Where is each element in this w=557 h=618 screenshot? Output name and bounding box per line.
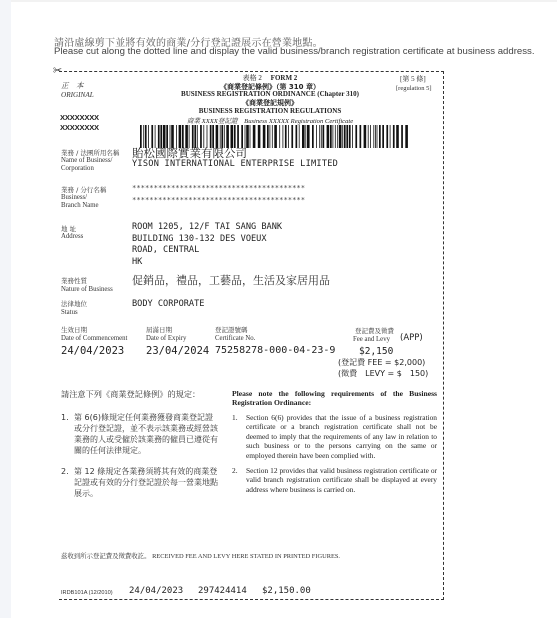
requirements-title-zh: 請注意下列《商業登記條例》的規定： (61, 389, 200, 400)
original-label-zh: 正 本 (61, 80, 84, 91)
branch-label-en: Business/ Branch Name (61, 194, 103, 210)
commencement-date: 24/04/2023 (61, 345, 124, 357)
form-number-zh: 表格 2 (243, 74, 262, 82)
certificate-type: 商業 XXXX登記證 Business XXXXX Registration C… (150, 115, 390, 125)
fee-total: $2,150 (359, 346, 393, 357)
branch-name-line-1: **************************************** (132, 183, 305, 192)
regulations-title-en: BUSINESS REGISTRATION REGULATIONS (150, 107, 390, 115)
status-label-zh: 法律地位 (61, 299, 87, 308)
expiry-label-en: Date of Expiry (146, 335, 186, 343)
commencement-label-zh: 生效日期 (61, 325, 87, 334)
form-code: IRDB101A (12/2010) (61, 590, 113, 596)
received-statement: 茲收到所示登記費及徵費收訖。 RECEIVED FEE AND LEVY HER… (61, 551, 340, 560)
branch-name-line-2: **************************************** (132, 195, 305, 204)
nature-label-en: Nature of Business (61, 286, 113, 294)
instruction-english: Please cut along the dotted line and dis… (54, 46, 535, 57)
page-top-edge (11, 0, 557, 2)
address-label-zh: 地 址 (61, 224, 76, 233)
address-line-4: HK (132, 257, 282, 269)
certificate-label-en: Certificate No. (215, 335, 255, 343)
nature-value: 促銷品，禮品，工藝品，生活及家居用品 (132, 272, 330, 288)
req-zh-1-num: 1. (61, 412, 69, 423)
receipt-number: 297424414 (198, 586, 247, 596)
nature-label-zh: 業務性質 (61, 276, 87, 285)
req-zh-2-num: 2. (61, 466, 69, 477)
requirements-title-en: Please note the following requirements o… (232, 389, 437, 408)
name-label-zh: 業務 / 法團所用名稱 (61, 148, 119, 157)
expiry-date: 23/04/2024 (146, 345, 209, 357)
business-name-en: YISON INTERNATIONAL ENTERPRISE LIMITED (132, 159, 338, 169)
receipt-date: 24/04/2023 (129, 586, 183, 596)
masked-id-line-2: XXXXXXXX (60, 123, 99, 132)
fee-tag: (APP) (400, 333, 423, 343)
schedule-zh: [第 5 條] (400, 75, 426, 83)
levy-amount-line: (徵費 LEVY = $ 150) (338, 368, 428, 379)
commencement-label-en: Date of Commencement (61, 335, 127, 343)
form-number-en: FORM 2 (271, 74, 298, 82)
certificate-label-zh: 登記證號碼 (215, 325, 248, 334)
address-line-2: BUILDING 130-132 DES VOEUX (132, 234, 282, 246)
req-en-1-num: 1. (232, 413, 238, 422)
expiry-label-zh: 屆滿日期 (146, 325, 172, 334)
branch-label-zh: 業務 / 分行名稱 (61, 185, 106, 194)
receipt-amount: $2,150.00 (262, 586, 311, 596)
ordinance-title-en: BUSINESS REGISTRATION ORDINANCE (Chapter… (150, 90, 390, 98)
req-zh-1-text: 第 6(6)條規定任何業務獲發商業登記證或分行登記證，並不表示該業務或經營該業務… (74, 412, 219, 456)
status-label-en: Status (61, 309, 78, 317)
certificate-number: 75258278-000-04-23-9 (215, 345, 335, 356)
req-en-1-text: Section 6(6) provides that the issue of … (246, 413, 437, 460)
fee-label-zh: 登記費及徵費 (355, 326, 394, 335)
address-line-1: ROOM 1205, 12/F TAI SANG BANK (132, 222, 282, 234)
masked-id-line-1: XXXXXXXX (60, 113, 99, 122)
req-zh-2-text: 第 12 條規定各業務須將其有效的商業登記證或有效的分行登記證於每一營業地點展示… (74, 466, 219, 499)
req-en-2-num: 2. (232, 466, 238, 475)
status-value: BODY CORPORATE (132, 299, 204, 309)
name-label-en: Name of Business/ Corporation (61, 157, 131, 173)
address-label-en: Address (61, 233, 83, 241)
fee-label-en: Fee and Levy (353, 336, 390, 344)
page-left-margin (0, 0, 11, 618)
address-line-3: ROAD, CENTRAL (132, 245, 282, 257)
schedule-en: [regulation 5] (396, 85, 432, 93)
address-value: ROOM 1205, 12/F TAI SANG BANK BUILDING 1… (132, 222, 282, 268)
original-label-en: ORIGINAL (61, 91, 94, 99)
fee-amount-line: (登記費 FEE = $2,000) (338, 357, 425, 368)
req-en-2-text: Section 12 provides that valid business … (246, 466, 437, 494)
